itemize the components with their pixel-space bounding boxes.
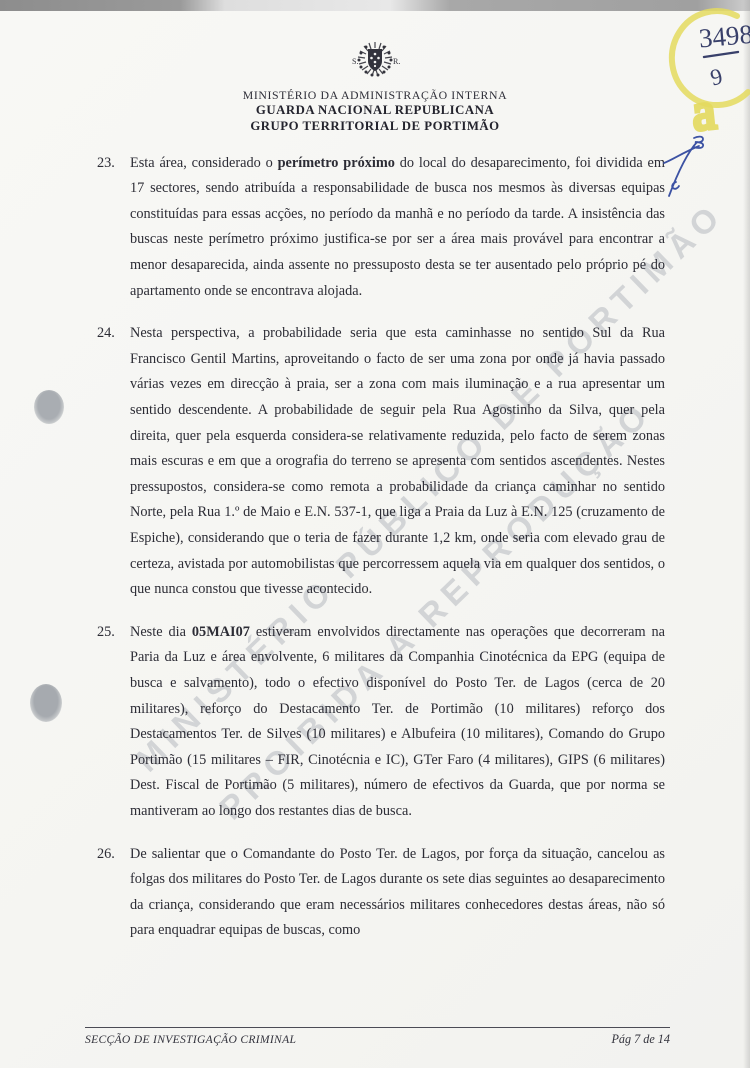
page-footer: SECÇÃO DE INVESTIGAÇÃO CRIMINAL Pág 7 de… <box>85 1027 670 1047</box>
letterhead: S. R. MINISTÉRIO DA ADMINISTRAÇÃO INTERN… <box>0 0 750 135</box>
hole-punch-mark <box>30 684 62 722</box>
page-right-edge-shadow <box>743 0 750 1068</box>
text-segment: do local do desaparecimento, foi dividid… <box>130 155 665 299</box>
hole-punch-mark <box>34 390 64 424</box>
bold-text-segment: perímetro próximo <box>278 155 395 171</box>
paragraph-number: 26. <box>97 842 115 868</box>
paragraph-number: 23. <box>97 151 115 177</box>
text-segment: Neste dia <box>130 624 192 640</box>
gnr-crest-icon: S. R. <box>346 38 404 84</box>
paragraph: 26.De salientar que o Comandante do Post… <box>97 842 665 944</box>
paragraph-number: 24. <box>97 321 115 347</box>
bold-text-segment: 05MAI07 <box>192 624 250 640</box>
text-segment: Esta área, considerado o <box>130 155 278 171</box>
margin-initials <box>664 137 703 196</box>
footer-page-number: Pág 7 de 14 <box>611 1032 670 1047</box>
header-unit: GRUPO TERRITORIAL DE PORTIMÃO <box>0 119 750 135</box>
text-segment: Nesta perspectiva, a probabilidade seria… <box>130 325 665 597</box>
svg-text:S.: S. <box>352 57 358 66</box>
svg-text:R.: R. <box>393 57 400 66</box>
paragraph: 25.Neste dia 05MAI07 estiveram envolvido… <box>97 620 665 825</box>
paragraph: 23.Esta área, considerado o perímetro pr… <box>97 151 665 305</box>
document-page: MINISTÉRIO PÚBLICO DE PORTIMÃO PROIBIDA … <box>0 0 750 1068</box>
text-segment: De salientar que o Comandante do Posto T… <box>130 846 665 939</box>
paragraph: 24.Nesta perspectiva, a probabilidade se… <box>97 321 665 603</box>
text-segment: estiveram envolvidos directamente nas op… <box>130 624 665 819</box>
header-ministry: MINISTÉRIO DA ADMINISTRAÇÃO INTERNA <box>0 88 750 103</box>
paragraph-number: 25. <box>97 620 115 646</box>
header-organization: GUARDA NACIONAL REPUBLICANA <box>0 103 750 119</box>
paragraph-list: 23.Esta área, considerado o perímetro pr… <box>97 151 665 944</box>
footer-section-title: SECÇÃO DE INVESTIGAÇÃO CRIMINAL <box>85 1033 296 1046</box>
